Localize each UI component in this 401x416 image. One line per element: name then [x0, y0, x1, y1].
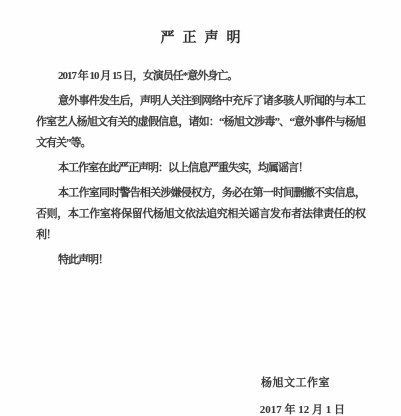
document-title: 严正声明 — [0, 0, 401, 47]
paragraph-warning: 本工作室同时警告相关涉嫌侵权方，务必在第一时间删撤不实信息，否则，本工作室将保留… — [36, 183, 365, 246]
statement-document: 严正声明 2017 年 10 月 15 日，女演员任*意外身亡。 意外事件发生后… — [0, 0, 401, 416]
paragraph-declaration: 本工作室在此严正声明：以上信息严重失实，均属谣言！ — [36, 158, 365, 179]
paragraph-incident: 2017 年 10 月 15 日，女演员任*意外身亡。 — [36, 66, 365, 87]
paragraph-rumors: 意外事件发生后，声明人关注到网络中充斥了诸多骇人听闻的与本工作室艺人杨旭文有关的… — [36, 91, 365, 154]
signature-block: 杨旭文工作室 2017 年 12 月 1 日 — [0, 374, 401, 416]
signature-studio-name: 杨旭文工作室 — [0, 374, 330, 390]
paragraph-closing: 特此声明！ — [36, 250, 365, 271]
document-body: 2017 年 10 月 15 日，女演员任*意外身亡。 意外事件发生后，声明人关… — [0, 66, 401, 271]
signature-date: 2017 年 12 月 1 日 — [0, 401, 345, 416]
